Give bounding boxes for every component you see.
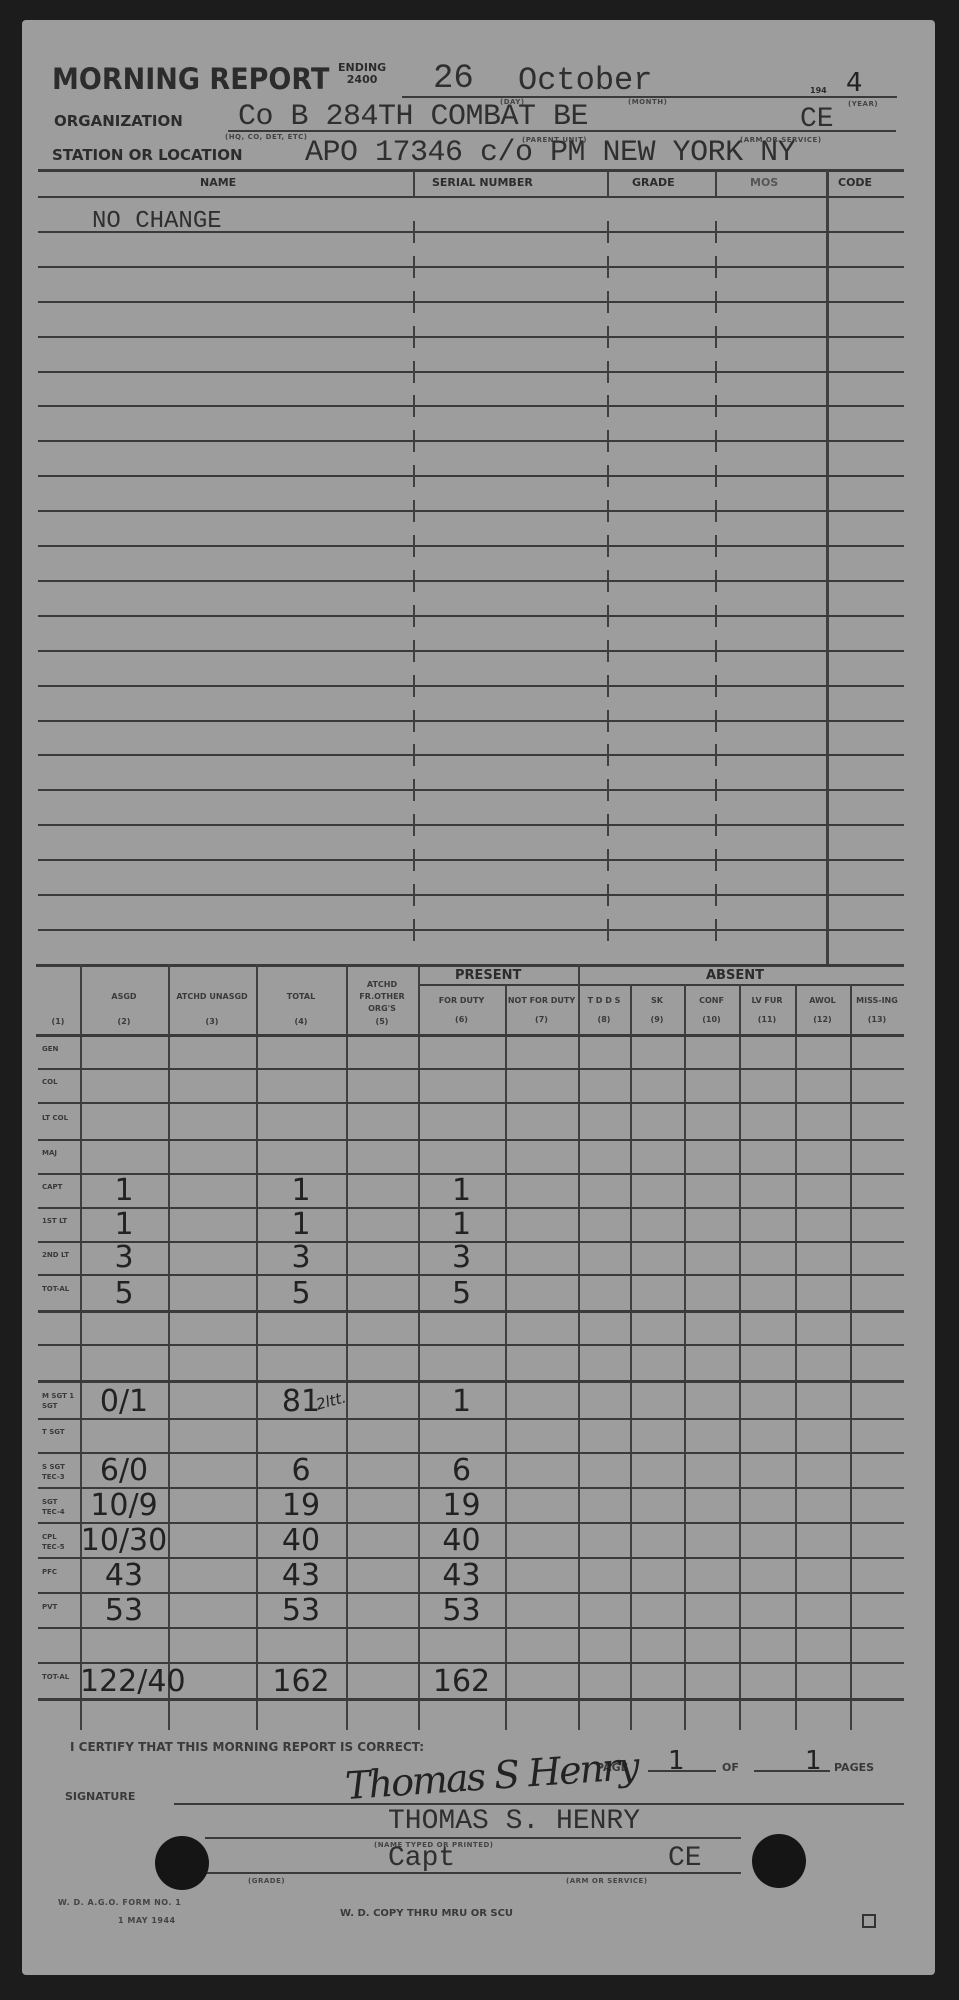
report-year-digit: 4 (846, 68, 863, 98)
month-caption: (MONTH) (628, 98, 667, 106)
binder-hole-left (155, 1836, 209, 1890)
report-day: 26 (433, 60, 474, 98)
rank-label: TOT-AL (42, 1284, 76, 1294)
column-tick (715, 326, 717, 348)
organization-line (228, 130, 896, 132)
column-tick (413, 849, 415, 871)
col-grade: GRADE (632, 176, 675, 189)
column-header-label: SK (630, 988, 684, 1014)
column-tick (413, 605, 415, 627)
strength-row-line (38, 1310, 904, 1313)
column-tick (413, 884, 415, 906)
strength-cell-total: 5 (256, 1278, 346, 1310)
column-header: ASGD(2) (80, 978, 168, 1028)
strength-column-divider (850, 984, 852, 1730)
column-header-label: MISS-ING (850, 988, 904, 1014)
strength-table-top (36, 964, 904, 967)
column-tick (715, 256, 717, 278)
ruled-line (38, 650, 904, 652)
ruled-line (38, 405, 904, 407)
present-group-line (418, 984, 578, 986)
rank-label: PFC (42, 1567, 76, 1577)
strength-cell-for-duty: 43 (418, 1560, 505, 1592)
strength-column-divider (684, 984, 686, 1730)
pages-label: PAGES (834, 1761, 874, 1774)
column-header-number: (1) (36, 1016, 80, 1028)
station-value: APO 17346 c/o PM NEW YORK NY (305, 136, 795, 170)
column-tick (607, 500, 609, 522)
form-title: MORNING REPORT (52, 62, 329, 96)
column-tick (715, 430, 717, 452)
column-tick (607, 605, 609, 627)
column-tick (715, 570, 717, 592)
strength-cell-asgd: 43 (80, 1560, 168, 1592)
grade-line (205, 1872, 741, 1874)
rank-label: 2ND LT (42, 1250, 76, 1260)
strength-row-line (38, 1068, 904, 1070)
column-tick (413, 221, 415, 243)
copy-note: W. D. COPY THRU MRU OR SCU (340, 1908, 513, 1919)
station-label: STATION OR LOCATION (52, 146, 243, 164)
col-mos: MOS (750, 176, 778, 189)
column-tick (607, 395, 609, 417)
arm-value: CE (668, 1843, 702, 1874)
column-tick (607, 256, 609, 278)
strength-column-divider (630, 984, 632, 1730)
column-header: SK(9) (630, 988, 684, 1026)
strength-cell-for-duty: 1 (418, 1175, 505, 1207)
rank-label: TOT-AL (42, 1672, 76, 1682)
column-tick (715, 291, 717, 313)
ruled-line (38, 196, 904, 198)
ruled-line (38, 545, 904, 547)
strength-cell-for-duty: 5 (418, 1278, 505, 1310)
column-tick (413, 430, 415, 452)
column-header-number: (7) (505, 1014, 578, 1026)
strength-cell-total: 40 (256, 1525, 346, 1557)
ruled-line (38, 301, 904, 303)
strength-cell-asgd: 10/30 (80, 1525, 168, 1557)
of-label: OF (722, 1761, 739, 1774)
column-header-number: (9) (630, 1014, 684, 1026)
code-divider (826, 170, 829, 965)
present-group-label: PRESENT (455, 968, 521, 983)
column-tick (413, 326, 415, 348)
rank-label: LT COL (42, 1113, 76, 1123)
strength-cell-asgd: 122/40 (80, 1666, 168, 1698)
column-header-label: FOR DUTY (418, 988, 505, 1014)
strength-cell-total: 162 (256, 1666, 346, 1698)
strength-cell-total: 19 (256, 1490, 346, 1522)
ruled-line (38, 789, 904, 791)
rank-label: S SGT TEC-3 (42, 1462, 76, 1482)
column-tick (715, 640, 717, 662)
ruled-line (38, 685, 904, 687)
signature-line (174, 1803, 904, 1805)
column-tick (715, 710, 717, 732)
column-tick (715, 605, 717, 627)
column-tick (413, 256, 415, 278)
column-tick (607, 884, 609, 906)
column-header: TOTAL(4) (256, 978, 346, 1028)
column-header-label: ATCHD UNASGD (168, 978, 256, 1016)
rank-label: GEN (42, 1044, 76, 1054)
grade-mos-divider (715, 170, 717, 196)
year-prefix: 194 (810, 86, 827, 95)
column-header: (1) (36, 978, 80, 1028)
column-tick (413, 744, 415, 766)
strength-column-divider (578, 964, 580, 1730)
rank-label: T SGT (42, 1427, 76, 1437)
rank-label: CAPT (42, 1182, 76, 1192)
ruled-line (38, 824, 904, 826)
column-tick (715, 884, 717, 906)
ending-label-bottom: 2400 (338, 74, 386, 86)
name-serial-divider (413, 170, 415, 196)
column-header: AWOL(12) (795, 988, 850, 1026)
strength-cell-asgd: 3 (80, 1242, 168, 1274)
column-tick (413, 361, 415, 383)
column-header-number: (12) (795, 1014, 850, 1026)
strength-cell-asgd: 53 (80, 1595, 168, 1627)
col-name: NAME (200, 176, 236, 189)
column-tick (413, 500, 415, 522)
strength-row-line (38, 1139, 904, 1141)
column-tick (413, 919, 415, 941)
column-tick (715, 465, 717, 487)
column-tick (607, 221, 609, 243)
strength-row-line (38, 1035, 904, 1037)
column-header: LV FUR(11) (739, 988, 795, 1026)
strength-cell-for-duty: 40 (418, 1525, 505, 1557)
page-number-line (648, 1770, 716, 1772)
column-header-label: CONF (684, 988, 739, 1014)
ruled-line (38, 720, 904, 722)
strength-row-line (38, 1380, 904, 1383)
strength-row-line (38, 1452, 904, 1454)
column-tick (607, 779, 609, 801)
column-tick (607, 849, 609, 871)
column-tick (413, 779, 415, 801)
column-header-label: ATCHD FR.OTHER ORG'S (346, 978, 418, 1016)
strength-cell-asgd: 1 (80, 1175, 168, 1207)
column-tick (607, 465, 609, 487)
report-month: October (518, 62, 652, 99)
grade-caption: (GRADE) (248, 1877, 285, 1885)
column-header: FOR DUTY(6) (418, 988, 505, 1026)
column-header-label: TOTAL (256, 978, 346, 1016)
absent-group-line (578, 984, 904, 986)
column-header-number: (4) (256, 1016, 346, 1028)
column-header-number: (2) (80, 1016, 168, 1028)
column-tick (715, 675, 717, 697)
page-total-line (754, 1770, 830, 1772)
strength-cell-asgd: 1 (80, 1209, 168, 1241)
strength-cell-total: 6 (256, 1455, 346, 1487)
ruled-line (38, 929, 904, 931)
station-line (38, 169, 904, 172)
column-tick (413, 465, 415, 487)
strength-cell-asgd: 5 (80, 1278, 168, 1310)
column-header-number: (3) (168, 1016, 256, 1028)
ruled-line (38, 475, 904, 477)
rank-label: 1ST LT (42, 1216, 76, 1226)
column-tick (715, 535, 717, 557)
col-code: CODE (838, 176, 872, 189)
column-header: NOT FOR DUTY(7) (505, 988, 578, 1026)
column-header-number: (8) (578, 1014, 630, 1026)
ruled-line (38, 859, 904, 861)
ruled-line (38, 754, 904, 756)
organization-value: Co B 284TH COMBAT BE (238, 100, 588, 134)
column-tick (715, 919, 717, 941)
ruled-line (38, 440, 904, 442)
rank-label: M SGT 1 SGT (42, 1391, 76, 1411)
column-tick (413, 570, 415, 592)
strength-cell-for-duty: 1 (418, 1386, 505, 1418)
column-header-number: (13) (850, 1014, 904, 1026)
column-header-label: T D D S (578, 988, 630, 1014)
strength-column-divider (739, 984, 741, 1730)
column-header-label: NOT FOR DUTY (505, 988, 578, 1014)
organization-label: ORGANIZATION (54, 112, 183, 130)
column-tick (715, 361, 717, 383)
column-header-number: (5) (346, 1016, 418, 1028)
strength-cell-total: 1 (256, 1175, 346, 1207)
column-tick (413, 535, 415, 557)
col-serial-number: SERIAL NUMBER (432, 176, 533, 189)
column-tick (413, 675, 415, 697)
column-tick (715, 744, 717, 766)
strength-cell-asgd: 6/0 (80, 1455, 168, 1487)
column-tick (715, 395, 717, 417)
strength-cell-for-duty: 162 (418, 1666, 505, 1698)
strength-row-line (38, 1418, 904, 1420)
strength-cell-total: 3 (256, 1242, 346, 1274)
strength-cell-total: 53 (256, 1595, 346, 1627)
grade-value: Capt (388, 1843, 455, 1874)
organization-caption: (HQ, CO, DET, ETC) (225, 133, 308, 141)
form-number: W. D. A.G.O. FORM NO. 1 (58, 1898, 181, 1907)
strength-cell-total: 43 (256, 1560, 346, 1592)
form-date: 1 MAY 1944 (118, 1916, 176, 1925)
column-tick (607, 291, 609, 313)
rank-label: CPL TEC-5 (42, 1532, 76, 1552)
arm-caption: (ARM OR SERVICE) (566, 1877, 648, 1885)
column-tick (607, 919, 609, 941)
column-tick (607, 535, 609, 557)
rank-label: COL (42, 1077, 76, 1087)
column-tick (607, 326, 609, 348)
strength-cell-for-duty: 19 (418, 1490, 505, 1522)
column-tick (715, 500, 717, 522)
strength-cell-asgd: 10/9 (80, 1490, 168, 1522)
column-tick (413, 814, 415, 836)
column-header: MISS-ING(13) (850, 988, 904, 1026)
column-header: ATCHD FR.OTHER ORG'S(5) (346, 978, 418, 1028)
column-tick (715, 849, 717, 871)
strength-cell-total: 1 (256, 1209, 346, 1241)
column-tick (607, 361, 609, 383)
column-header-label: LV FUR (739, 988, 795, 1014)
column-tick (607, 640, 609, 662)
binder-hole-right (752, 1834, 806, 1888)
absent-group-label: ABSENT (706, 968, 764, 983)
column-header: T D D S(8) (578, 988, 630, 1026)
strength-cell-for-duty: 1 (418, 1209, 505, 1241)
column-header-number: (6) (418, 1014, 505, 1026)
column-tick (607, 744, 609, 766)
ruled-line (38, 266, 904, 268)
ruled-line (38, 894, 904, 896)
strength-cell-asgd: 0/1 (80, 1386, 168, 1418)
column-header: CONF(10) (684, 988, 739, 1026)
column-header-number: (11) (739, 1014, 795, 1026)
ruled-line (38, 580, 904, 582)
rank-label: MAJ (42, 1148, 76, 1158)
strength-row-line (38, 1102, 904, 1104)
column-header-label: ASGD (80, 978, 168, 1016)
column-header-label: AWOL (795, 988, 850, 1014)
corner-box-mark (862, 1914, 876, 1928)
column-tick (715, 779, 717, 801)
ruled-line (38, 336, 904, 338)
column-tick (413, 710, 415, 732)
signature-label: SIGNATURE (65, 1790, 135, 1803)
ruled-line (38, 231, 904, 233)
column-tick (607, 430, 609, 452)
column-header-number: (10) (684, 1014, 739, 1026)
strength-cell-for-duty: 3 (418, 1242, 505, 1274)
typed-name-line (205, 1837, 741, 1839)
strength-column-divider (795, 984, 797, 1730)
ending-label: ENDING 2400 (338, 62, 386, 86)
column-tick (607, 675, 609, 697)
ruled-line (38, 371, 904, 373)
strength-row-line (38, 1344, 904, 1346)
serial-grade-divider (607, 170, 609, 196)
column-tick (715, 221, 717, 243)
column-tick (607, 710, 609, 732)
strength-column-divider (346, 964, 348, 1730)
strength-column-divider (505, 984, 507, 1730)
rank-label: SGT TEC-4 (42, 1497, 76, 1517)
typed-name: THOMAS S. HENRY (388, 1806, 640, 1837)
certify-statement: I CERTIFY THAT THIS MORNING REPORT IS CO… (70, 1740, 424, 1754)
strength-row-line (38, 1274, 904, 1276)
rank-label: PVT (42, 1602, 76, 1612)
column-tick (413, 395, 415, 417)
column-tick (413, 291, 415, 313)
year-caption: (YEAR) (848, 100, 878, 108)
column-header: ATCHD UNASGD(3) (168, 978, 256, 1028)
strength-cell-for-duty: 6 (418, 1455, 505, 1487)
ruled-line (38, 510, 904, 512)
strength-column-divider (168, 964, 170, 1730)
column-header-label (36, 978, 80, 1016)
column-tick (607, 814, 609, 836)
column-tick (413, 640, 415, 662)
column-tick (607, 570, 609, 592)
strength-cell-for-duty: 53 (418, 1595, 505, 1627)
ruled-line (38, 615, 904, 617)
column-tick (715, 814, 717, 836)
